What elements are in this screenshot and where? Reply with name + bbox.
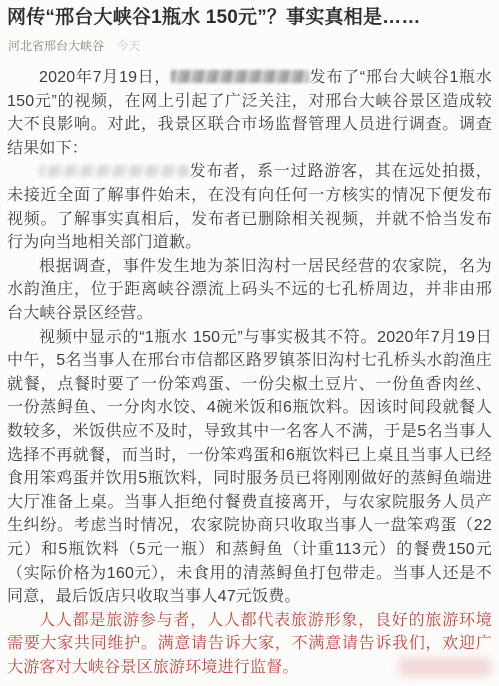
intro-paragraph: 2020年7月19日，发布了“邢台大峡谷1瓶水150元”的视频，在网上引起了广泛… xyxy=(7,66,492,160)
publisher-paragraph: 发布者，系一过路游客，其在远处拍摄，未接近全面了解事件始末，在没有向任何一方核实… xyxy=(7,160,492,254)
author-name[interactable]: 河北省邢台大峡谷 xyxy=(8,39,104,53)
byline: 河北省邢台大峡谷 今天 xyxy=(8,39,492,53)
location-paragraph: 根据调查，事件发生地为茶旧沟村一居民经营的农家院，名为水韵渔庄，位于距离峡谷漂流… xyxy=(7,255,492,326)
intro-text-before: 2020年7月19日， xyxy=(39,69,171,86)
article-body: 2020年7月19日，发布了“邢台大峡谷1瓶水150元”的视频，在网上引起了广泛… xyxy=(7,66,492,679)
redacted-publisher-name xyxy=(171,70,309,83)
page-title: 网传“邢台大峡谷1瓶水 150元”？事实真相是…… xyxy=(7,6,492,31)
post-date: 今天 xyxy=(116,39,140,53)
article-page: 网传“邢台大峡谷1瓶水 150元”？事实真相是…… 河北省邢台大峡谷 今天 20… xyxy=(0,0,499,686)
incident-paragraph: 视频中显示的“1瓶水 150元”与事实极其不符。2020年7月19日中午，5名当… xyxy=(7,326,492,609)
redacted-publisher-name-faint xyxy=(39,165,189,177)
watermark-blur xyxy=(399,658,491,676)
